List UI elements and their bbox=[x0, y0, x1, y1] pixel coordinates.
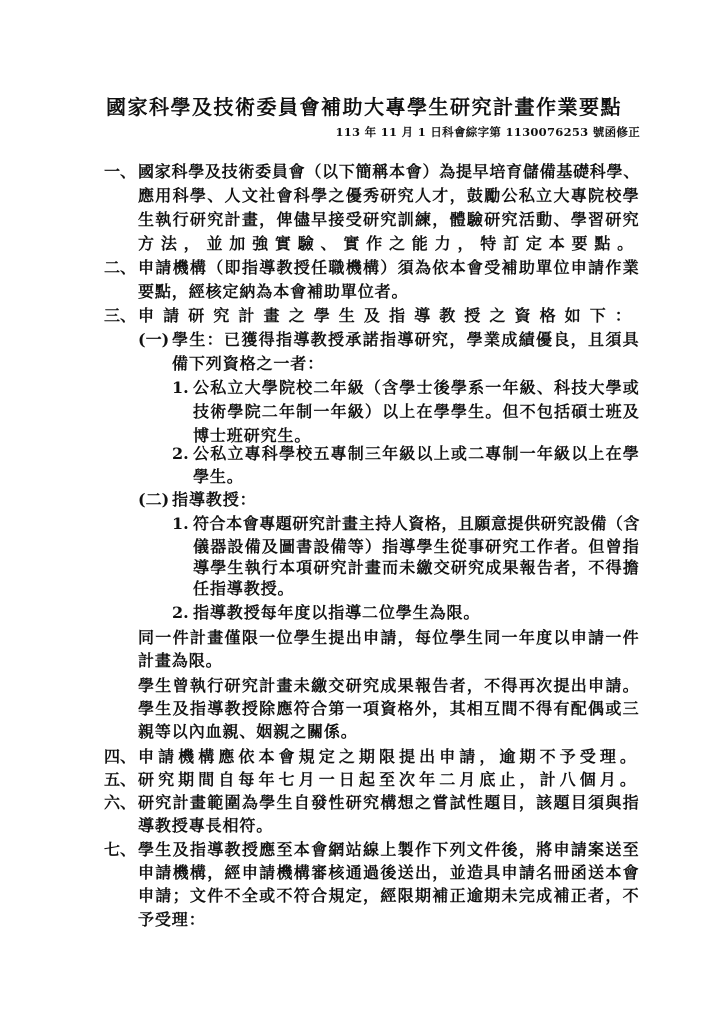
paragraph-line: 計畫為限。 bbox=[138, 651, 223, 671]
item-line: 符合本會專題研究計畫主持人資格，且願意提供研究設備（含 bbox=[193, 514, 640, 534]
subsection-marker-2: (二) bbox=[138, 490, 169, 510]
section-marker-5: 五、 bbox=[104, 770, 136, 790]
item-line: 任指導教授。 bbox=[193, 579, 294, 599]
section-marker-4: 四、 bbox=[104, 747, 136, 767]
section-5-line: 研究期間自每年七月一日起至次年二月底止，計八個月。 bbox=[138, 770, 640, 790]
section-marker-3: 三、 bbox=[104, 306, 136, 326]
item-line: 指導教授每年度以指導二位學生為限。 bbox=[193, 603, 480, 623]
document-title: 國家科學及技術委員會補助大專學生研究計畫作業要點 bbox=[0, 95, 728, 119]
document-page: 國家科學及技術委員會補助大專學生研究計畫作業要點 113 年 11 月 1 日科… bbox=[0, 0, 728, 1030]
section-7-line: 申請機構，經申請機構審核通過後送出，並造具申請名冊函送本會 bbox=[138, 863, 640, 883]
subsection-students-line: 學生：已獲得指導教授承諾指導研究，學業成績優良，且須具 bbox=[172, 330, 640, 350]
section-7-line: 申請；文件不全或不符合規定，經限期補正逾期未完成補正者，不 bbox=[138, 886, 640, 906]
section-4-line: 申請機構應依本會規定之期限提出申請，逾期不予受理。 bbox=[138, 747, 640, 767]
item-line: 博士班研究生。 bbox=[193, 426, 311, 446]
section-marker-1: 一、 bbox=[104, 162, 136, 182]
section-1-line: 國家科學及技術委員會（以下簡稱本會）為提早培育儲備基礎科學、 bbox=[138, 162, 640, 182]
section-1-line: 應用科學、人文社會科學之優秀研究人才，鼓勵公私立大專院校學 bbox=[138, 186, 640, 206]
item-marker-2: 2. bbox=[172, 603, 189, 623]
item-line: 學生。 bbox=[193, 467, 244, 487]
section-marker-7: 七、 bbox=[104, 840, 136, 860]
item-line: 公私立大學院校二年級（含學士後學系一年級、科技大學或 bbox=[193, 378, 640, 398]
item-marker-1: 1. bbox=[172, 378, 189, 398]
section-1-line: 方法，並加強實驗、實作之能力，特訂定本要點。 bbox=[138, 234, 640, 254]
paragraph-line: 學生及指導教授除應符合第一項資格外，其相互間不得有配偶或三 bbox=[138, 699, 640, 719]
item-line: 公私立專科學校五專制三年級以上或二專制一年級以上在學 bbox=[193, 444, 640, 464]
subsection-marker-1: (一) bbox=[138, 330, 169, 350]
section-2-line: 申請機構（即指導教授任職機構）須為依本會受補助單位申請作業 bbox=[138, 258, 640, 278]
section-marker-2: 二、 bbox=[104, 258, 136, 278]
section-3-line: 申請研究計畫之學生及指導教授之資格如下： bbox=[138, 306, 640, 326]
subsection-advisor-line: 指導教授： bbox=[172, 490, 257, 510]
subsection-students-line: 備下列資格之一者： bbox=[172, 354, 324, 374]
section-7-line: 學生及指導教授應至本會網站線上製作下列文件後，將申請案送至 bbox=[138, 840, 640, 860]
item-line: 導學生執行本項研究計畫而未繳交研究成果報告者，不得擔 bbox=[193, 558, 640, 578]
paragraph-line: 學生曾執行研究計畫未繳交研究成果報告者，不得再次提出申請。 bbox=[138, 676, 640, 696]
item-marker-2: 2. bbox=[172, 444, 189, 464]
paragraph-line: 親等以內血親、姻親之關係。 bbox=[138, 722, 358, 742]
document-revision-note: 113 年 11 月 1 日科會綜字第 1130076253 號函修正 bbox=[335, 124, 640, 140]
item-line: 技術學院二年制一年級）以上在學學生。但不包括碩士班及 bbox=[193, 402, 640, 422]
item-line: 儀器設備及圖書設備等）指導學生從事研究工作者。但曾指 bbox=[193, 537, 640, 557]
item-marker-1: 1. bbox=[172, 514, 189, 534]
paragraph-line: 同一件計畫僅限一位學生提出申請，每位學生同一年度以申請一件 bbox=[138, 628, 640, 648]
section-6-line: 研究計畫範圍為學生自發性研究構想之嘗試性題目，該題目須與指 bbox=[138, 793, 640, 813]
section-6-line: 導教授專長相符。 bbox=[138, 816, 273, 836]
section-marker-6: 六、 bbox=[104, 793, 136, 813]
section-1-line: 生執行研究計畫，俾儘早接受研究訓練，體驗研究活動、學習研究 bbox=[138, 210, 640, 230]
section-2-line: 要點，經核定納為本會補助單位者。 bbox=[138, 282, 408, 302]
section-7-line: 予受理： bbox=[138, 910, 206, 930]
